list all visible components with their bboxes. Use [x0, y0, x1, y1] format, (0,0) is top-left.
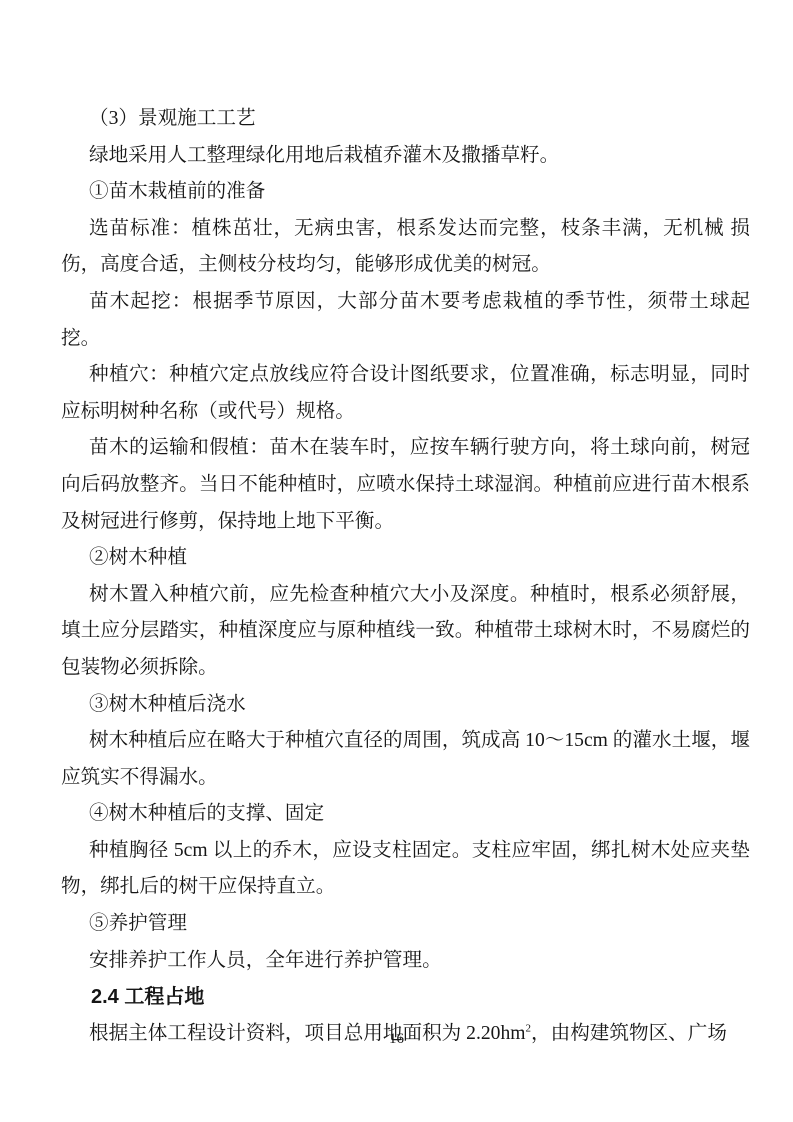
page-number: 16 — [0, 1031, 793, 1048]
document-page: （3）景观施工工艺 绿地采用人工整理绿化用地后栽植乔灌木及撒播草籽。 ①苗木栽植… — [0, 0, 793, 1122]
paragraph-item2-title-tree-planting: ②树木种植 — [61, 540, 750, 577]
paragraph-tree-planting-detail: 树木置入种植穴前，应先检查种植穴大小及深度。种植时，根系必须舒展，填土应分层踏实… — [61, 577, 750, 687]
paragraph-seedling-digging: 苗木起挖：根据季节原因，大部分苗木要考虑栽植的季节性，须带土球起挖。 — [61, 284, 750, 357]
paragraph-seedling-selection: 选苗标准：植株茁壮，无病虫害，根系发达而完整，枝条丰满，无机械 损伤，高度合适，… — [61, 211, 750, 284]
paragraph-planting-hole: 种植穴：种植穴定点放线应符合设计图纸要求，位置准确，标志明显，同时应标明树种名称… — [61, 357, 750, 430]
paragraph-item4-title-support-fixing: ④树木种植后的支撑、固定 — [61, 796, 750, 833]
paragraph-item3-title-watering: ③树木种植后浇水 — [61, 687, 750, 724]
section-heading-2-4-project-land: 2.4 工程占地 — [61, 979, 750, 1016]
document-body: （3）景观施工工艺 绿地采用人工整理绿化用地后栽植乔灌木及撒播草籽。 ①苗木栽植… — [61, 101, 750, 1052]
paragraph-watering-detail: 树木种植后应在略大于种植穴直径的周围，筑成高 10～15cm 的灌水土堰，堰应筑… — [61, 723, 750, 796]
paragraph-item5-title-maintenance: ⑤养护管理 — [61, 906, 750, 943]
paragraph-greening-method: 绿地采用人工整理绿化用地后栽植乔灌木及撒播草籽。 — [61, 138, 750, 175]
paragraph-landscape-process-title: （3）景观施工工艺 — [61, 101, 750, 138]
paragraph-transport-heeling-in: 苗木的运输和假植：苗木在装车时，应按车辆行驶方向，将土球向前，树冠向后码放整齐。… — [61, 430, 750, 540]
paragraph-item1-title-pre-planting: ①苗木栽植前的准备 — [61, 174, 750, 211]
paragraph-maintenance-detail: 安排养护工作人员，全年进行养护管理。 — [61, 943, 750, 980]
paragraph-support-fixing-detail: 种植胸径 5cm 以上的乔木，应设支柱固定。支柱应牢固，绑扎树木处应夹垫物，绑扎… — [61, 833, 750, 906]
